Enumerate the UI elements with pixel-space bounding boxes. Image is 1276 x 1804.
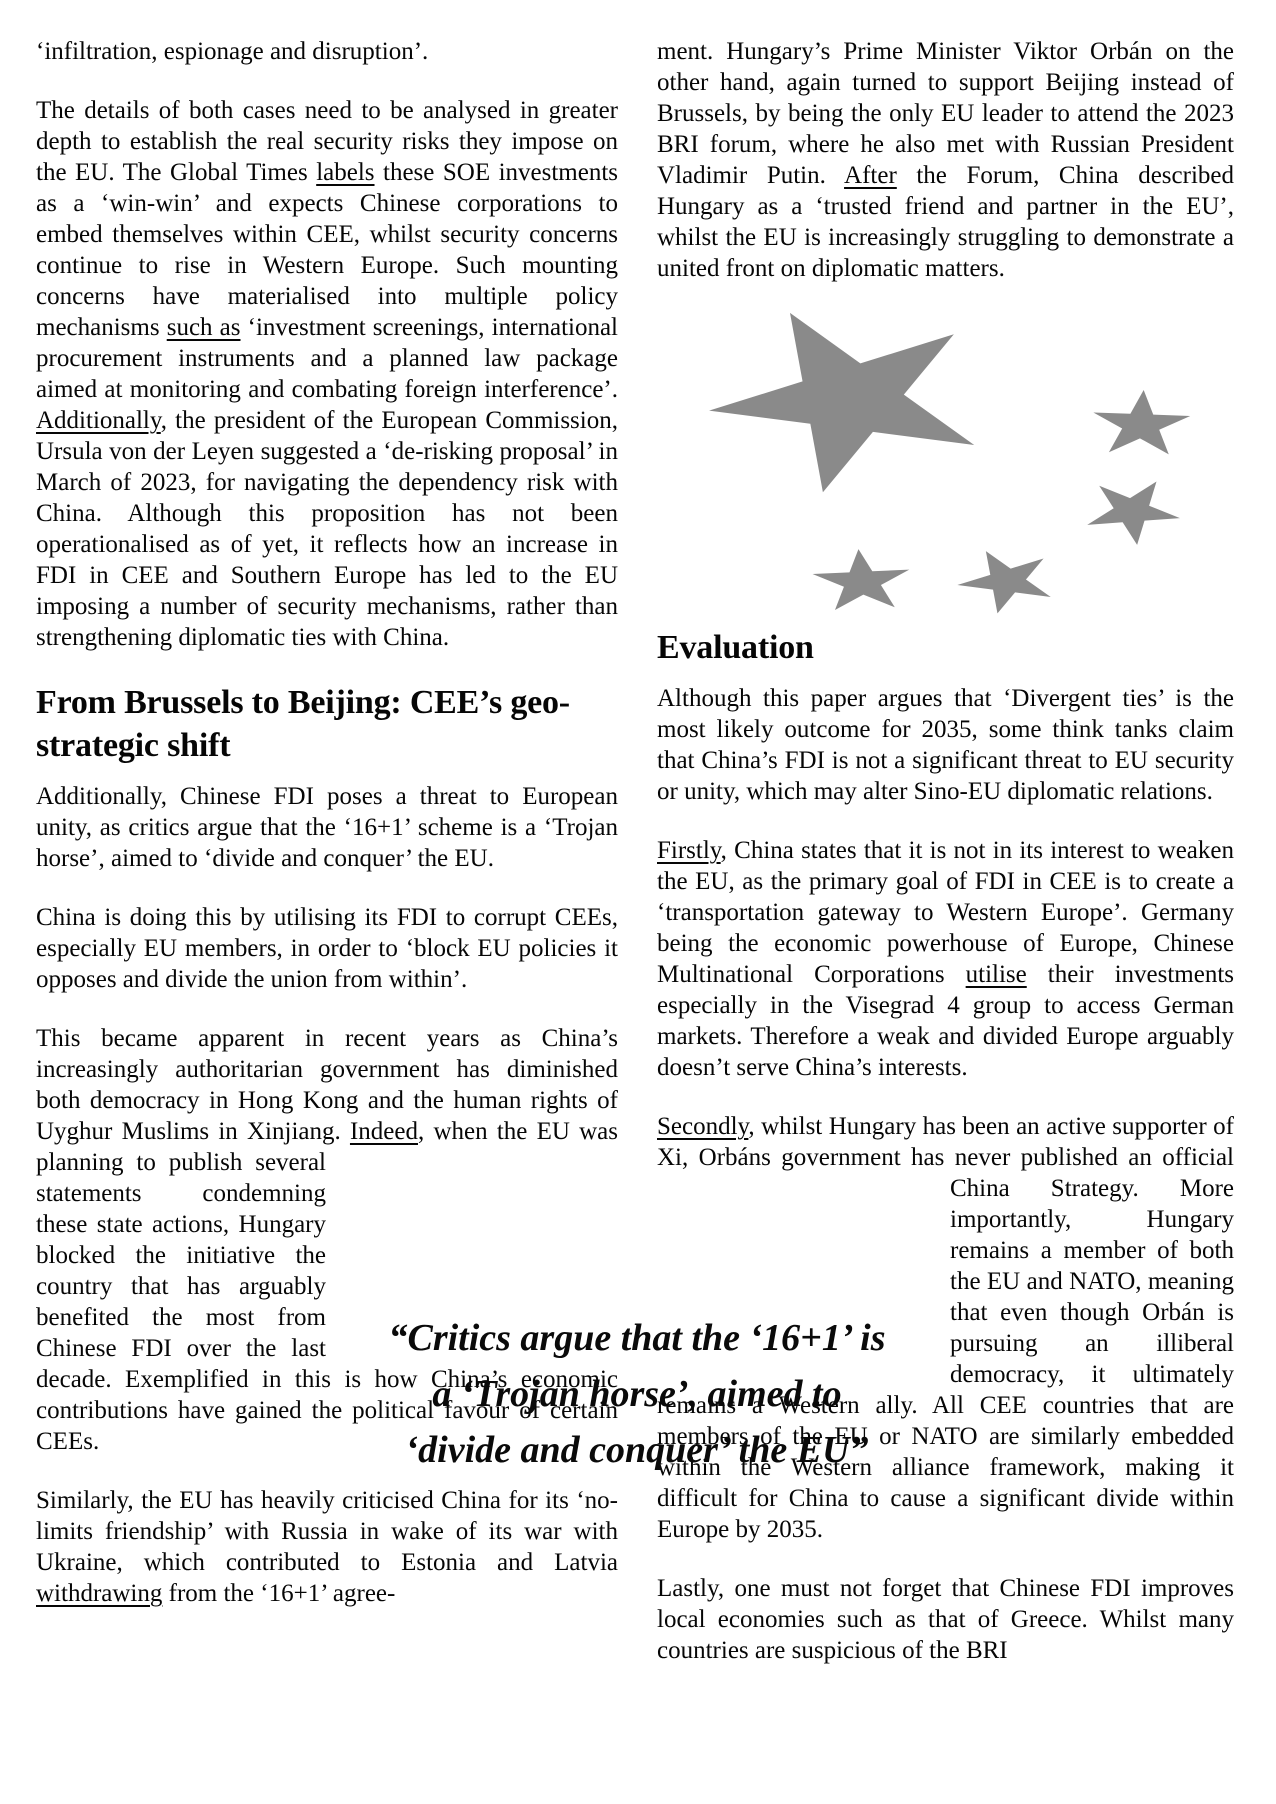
paragraph: The details of both cases need to be ana…: [36, 95, 618, 653]
stars-figure: [657, 312, 1234, 622]
star-icon: [1090, 388, 1192, 455]
pull-quote: “Critics argue that the ‘16+1’ isa ‘Troj…: [307, 1310, 967, 1478]
paragraph: Although this paper argues that ‘Diverge…: [657, 683, 1234, 807]
paragraph: ‘infiltration, espionage and disruption’…: [36, 36, 618, 67]
five-stars-group: [668, 312, 1197, 618]
inline-link[interactable]: Secondly: [657, 1113, 748, 1140]
paragraph: Additionally, Chinese FDI poses a threat…: [36, 781, 618, 874]
pull-quote-line: “Critics argue that the ‘16+1’ is: [307, 1310, 967, 1366]
inline-link[interactable]: Additionally: [36, 407, 161, 434]
paper-page: ‘infiltration, espionage and disruption’…: [0, 0, 1276, 1804]
paragraph: ment. Hungary’s Prime Minister Viktor Or…: [657, 36, 1234, 284]
inline-link[interactable]: withdrawing: [36, 1580, 162, 1607]
paragraph: China is doing this by utilising its FDI…: [36, 902, 618, 995]
paragraph: Similarly, the EU has heavily criticised…: [36, 1485, 618, 1609]
inline-link[interactable]: such as: [167, 314, 241, 341]
star-icon: [810, 547, 913, 611]
inline-link[interactable]: utilise: [966, 961, 1027, 988]
pull-quote-line: ‘divide and conquer’ the EU”: [307, 1422, 967, 1478]
star-icon: [668, 312, 1021, 507]
inline-link[interactable]: Firstly: [657, 837, 721, 864]
paragraph: Lastly, one must not forget that Chinese…: [657, 1573, 1234, 1666]
inline-link[interactable]: After: [844, 162, 897, 189]
paragraph: Firstly, China states that it is not in …: [657, 835, 1234, 1083]
star-icon: [943, 538, 1067, 619]
star-icon: [1072, 465, 1197, 551]
inline-link[interactable]: labels: [316, 159, 374, 186]
section-heading: From Brussels to Beijing: CEE’s geo-stra…: [36, 681, 618, 767]
pull-quote-line: a ‘Trojan horse’, aimed to: [307, 1366, 967, 1422]
section-heading: Evaluation: [657, 626, 1234, 669]
inline-link[interactable]: Indeed: [350, 1118, 418, 1145]
